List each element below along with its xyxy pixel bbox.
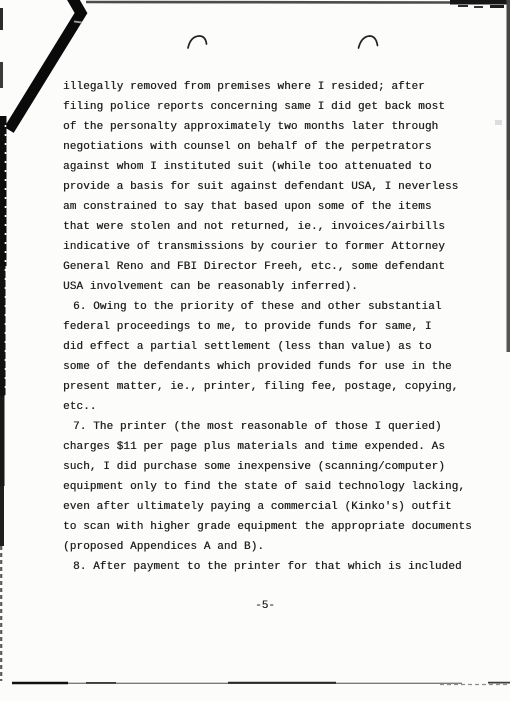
text-line: 6. Owing to the priority of these and ot…: [63, 297, 473, 317]
handwritten-arc-mark-right: [359, 36, 378, 48]
text-line: 7. The printer (the most reasonable of t…: [63, 417, 473, 437]
right-edge-scan-strip: [495, 0, 510, 352]
typewritten-text: illegally removed from premises where I …: [63, 77, 473, 577]
text-line: even after ultimately paying a commercia…: [63, 497, 473, 517]
text-line: am constrained to say that based upon so…: [63, 197, 473, 217]
bottom-edge-scan-line: [12, 683, 510, 685]
text-line: to scan with higher grade equipment the …: [63, 517, 473, 537]
text-line: equipment only to find the state of said…: [63, 477, 473, 497]
text-line: illegally removed from premises where I …: [63, 77, 473, 97]
text-line: USA involvement can be reasonably inferr…: [63, 277, 473, 297]
text-line: indicative of transmissions by courier t…: [63, 237, 473, 257]
text-line: provide a basis for suit against defenda…: [63, 177, 473, 197]
page-number: -5-: [250, 596, 280, 616]
text-line: filing police reports concerning same I …: [63, 97, 473, 117]
text-line: against whom I instituted suit (while to…: [63, 157, 473, 177]
text-line: that were stolen and not returned, ie., …: [63, 217, 473, 237]
top-edge-scan-line: [86, 0, 510, 8]
text-line: (proposed Appendices A and B).: [63, 537, 473, 557]
text-line: General Reno and FBI Director Freeh, etc…: [63, 257, 473, 277]
text-line: negotiations with counsel on behalf of t…: [63, 137, 473, 157]
text-line: some of the defendants which provided fu…: [63, 357, 473, 377]
text-line: of the personalty approximately two mont…: [63, 117, 473, 137]
text-line: charges $11 per page plus materials and …: [63, 437, 473, 457]
text-line: etc..: [63, 397, 473, 417]
text-line: present matter, ie., printer, filing fee…: [63, 377, 473, 397]
handwritten-arc-mark-left: [188, 36, 207, 48]
left-edge-scan-strip: [0, 116, 7, 681]
text-line: federal proceedings to me, to provide fu…: [63, 317, 473, 337]
text-line: 8. After payment to the printer for that…: [63, 557, 473, 577]
text-line: such, I did purchase some inexpensive (s…: [63, 457, 473, 477]
text-line: did effect a partial settlement (less th…: [63, 337, 473, 357]
scanned-document-page: illegally removed from premises where I …: [0, 0, 510, 701]
